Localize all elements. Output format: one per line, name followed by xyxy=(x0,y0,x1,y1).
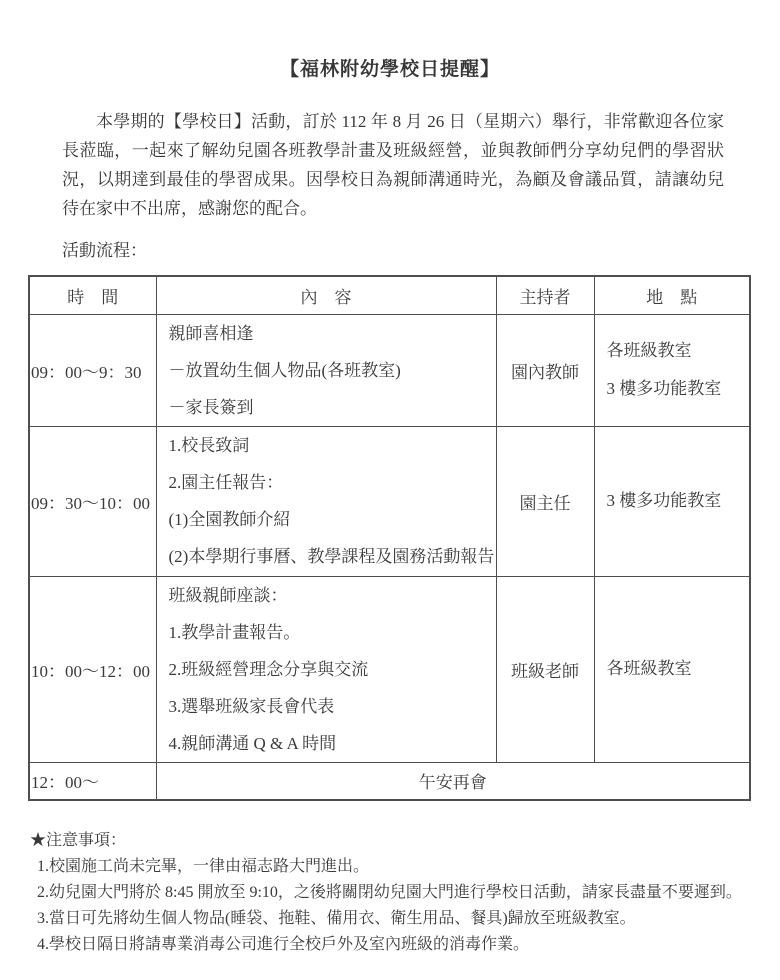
content-line: 1.教學計畫報告。 xyxy=(169,614,496,651)
content-cell: 1.校長致詞 2.園主任報告： (1)全園教師介紹 (2)本學期行事曆、教學課程… xyxy=(156,426,496,576)
notes-header: ★注意事項： xyxy=(30,828,780,854)
document-page: 【福林附幼學校日提醒】 本學期的【學校日】活動，訂於 112 年 8 月 26 … xyxy=(0,0,780,980)
note-item: 1.校園施工尚未完畢，一律由福志路大門進出。 xyxy=(30,854,780,880)
location-cell: 3 樓多功能教室 xyxy=(594,426,750,576)
content-cell: 親師喜相逢 －放置幼生個人物品(各班教室) －家長簽到 xyxy=(156,314,496,426)
time-cell: 09：00～9：30 xyxy=(29,314,156,426)
content-line: －家長簽到 xyxy=(169,389,496,426)
table-header-row: 時 間 內 容 主持者 地 點 xyxy=(29,276,750,314)
content-line: 4.親師溝通 Q & A 時間 xyxy=(169,725,496,762)
table-row: 10：00～12：00 班級親師座談： 1.教學計畫報告。 2.班級經營理念分享… xyxy=(29,576,750,762)
note-item: 4.學校日隔日將請專業消毒公司進行全校戶外及室內班級的消毒作業。 xyxy=(30,932,780,958)
host-cell: 班級老師 xyxy=(496,576,594,762)
table-row: 09：00～9：30 親師喜相逢 －放置幼生個人物品(各班教室) －家長簽到 園… xyxy=(29,314,750,426)
content-line: 2.園主任報告： xyxy=(169,464,496,501)
schedule-label: 活動流程： xyxy=(62,236,780,261)
page-title: 【福林附幼學校日提醒】 xyxy=(0,0,780,81)
location-line: 3 樓多功能教室 xyxy=(607,482,750,520)
star-icon: ★ xyxy=(30,832,46,849)
content-cell: 班級親師座談： 1.教學計畫報告。 2.班級經營理念分享與交流 3.選舉班級家長… xyxy=(156,576,496,762)
table-row: 09：30～10：00 1.校長致詞 2.園主任報告： (1)全園教師介紹 (2… xyxy=(29,426,750,576)
location-line: 各班級教室 xyxy=(607,650,750,688)
location-line: 3 樓多功能教室 xyxy=(607,370,750,408)
content-line: 親師喜相逢 xyxy=(169,315,496,352)
table-row: 12：00～ 午安再會 xyxy=(29,762,750,800)
content-line: 2.班級經營理念分享與交流 xyxy=(169,651,496,688)
content-line: －放置幼生個人物品(各班教室) xyxy=(169,352,496,389)
time-cell: 10：00～12：00 xyxy=(29,576,156,762)
content-line: (2)本學期行事曆、教學課程及園務活動報告 xyxy=(169,538,496,575)
closing-cell: 午安再會 xyxy=(156,762,750,800)
intro-paragraph: 本學期的【學校日】活動，訂於 112 年 8 月 26 日（星期六）舉行，非常歡… xyxy=(62,107,724,223)
note-item: 3.當日可先將幼生個人物品(睡袋、拖鞋、備用衣、衛生用品、餐具)歸放至班級教室。 xyxy=(30,906,780,932)
content-line: 班級親師座談： xyxy=(169,577,496,614)
content-line: (1)全園教師介紹 xyxy=(169,501,496,538)
location-cell: 各班級教室 xyxy=(594,576,750,762)
col-header-content: 內 容 xyxy=(156,276,496,314)
host-cell: 園主任 xyxy=(496,426,594,576)
schedule-table: 時 間 內 容 主持者 地 點 09：00～9：30 親師喜相逢 －放置幼生個人… xyxy=(28,275,751,801)
content-line: 1.校長致詞 xyxy=(169,427,496,464)
col-header-host: 主持者 xyxy=(496,276,594,314)
location-line: 各班級教室 xyxy=(607,332,750,370)
location-cell: 各班級教室 3 樓多功能教室 xyxy=(594,314,750,426)
col-header-location: 地 點 xyxy=(594,276,750,314)
notes-title: 注意事項： xyxy=(46,832,126,849)
col-header-time: 時 間 xyxy=(29,276,156,314)
note-item: 2.幼兒園大門將於 8:45 開放至 9:10，之後將關閉幼兒園大門進行學校日活… xyxy=(30,880,780,906)
host-cell: 園內教師 xyxy=(496,314,594,426)
content-line: 3.選舉班級家長會代表 xyxy=(169,688,496,725)
time-cell: 09：30～10：00 xyxy=(29,426,156,576)
notes-section: ★注意事項： 1.校園施工尚未完畢，一律由福志路大門進出。 2.幼兒園大門將於 … xyxy=(30,828,780,958)
time-cell: 12：00～ xyxy=(29,762,156,800)
